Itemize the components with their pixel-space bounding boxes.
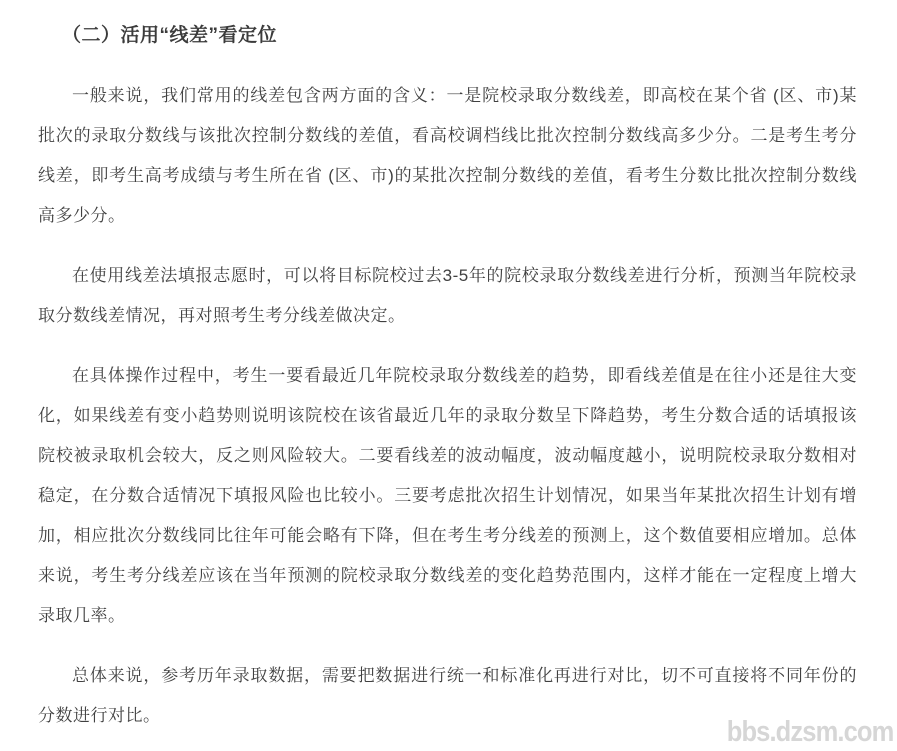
paragraph-line-diff-definition: 一般来说，我们常用的线差包含两方面的含义：一是院校录取分数线差，即高校在某个省 … bbox=[38, 76, 857, 236]
section-heading: （二）活用“线差”看定位 bbox=[62, 23, 857, 49]
paragraph-operation-steps: 在具体操作过程中，考生一要看最近几年院校录取分数线差的趋势，即看线差值是在往小还… bbox=[38, 356, 857, 636]
article-body: （二）活用“线差”看定位 一般来说，我们常用的线差包含两方面的含义：一是院校录取… bbox=[0, 0, 897, 751]
site-watermark: bbs.dzsm.com bbox=[726, 716, 893, 749]
paragraph-line-diff-method: 在使用线差法填报志愿时，可以将目标院校过去3-5年的院校录取分数线差进行分析，预… bbox=[38, 256, 857, 336]
